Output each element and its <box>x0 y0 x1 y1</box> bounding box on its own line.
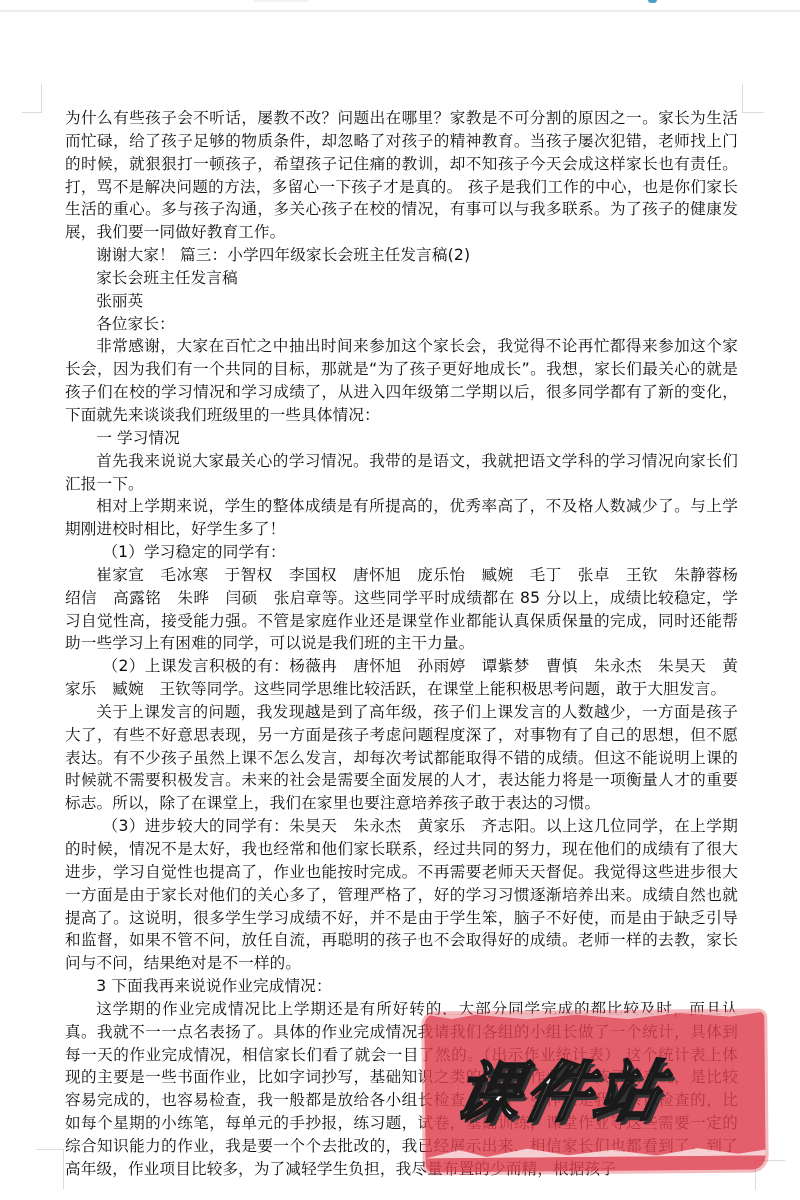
margin-corner-mark-bottom-left <box>63 1149 64 1189</box>
margin-corner-mark-top-right-h <box>742 112 764 113</box>
watermark-stamp: 课件站 <box>424 1012 765 1173</box>
status-dot-icon <box>648 0 657 3</box>
paragraph: 相对上学期来说，学生的整体成绩是有所提高的，优秀率高了，不及格人数减少了。与上学… <box>65 495 738 541</box>
tab-stub <box>253 0 308 2</box>
author-name: 张丽英 <box>65 290 738 313</box>
paragraph: 关于上课发言的问题，我发现越是到了高年级，孩子们上课发言的人数越少，一方面是孩子… <box>65 701 738 815</box>
watermark-logo-text: 课件站 <box>447 1054 752 1132</box>
section-heading: 3 下面我再来说说作业完成情况： <box>65 975 738 998</box>
list-heading: （1）学习稳定的同学有： <box>65 541 738 564</box>
margin-corner-mark-bottom-left-h <box>36 1149 63 1150</box>
margin-corner-mark-top-right <box>742 84 743 112</box>
stamp-texture <box>424 1012 764 1023</box>
section-heading: 一 学习情况 <box>65 427 738 450</box>
paragraph: 首先我来说说大家最关心的学习情况。我带的是语文，我就把语文学科的学习情况向家长们… <box>65 450 738 496</box>
margin-corner-mark-top-left <box>41 84 42 113</box>
paragraph: 崔家宣 毛冰寒 于智权 李国权 唐怀旭 庞乐怡 臧婉 毛丁 张卓 王钦 朱静蓉杨… <box>65 564 738 655</box>
doc-subtitle: 家长会班主任发言稿 <box>65 267 738 290</box>
salutation: 各位家长： <box>65 313 738 336</box>
paragraph: 非常感谢，大家在百忙之中抽出时间来参加这个家长会，我觉得不论再忙都得来参加这个家… <box>65 335 738 426</box>
top-toolbar-edge <box>0 0 800 12</box>
paragraph: （2）上课发言积极的有：杨薇冉 唐怀旭 孙雨婷 谭紫梦 曹慎 朱永杰 朱昊天 黄… <box>65 655 738 701</box>
paragraph: （3）进步较大的同学有：朱昊天 朱永杰 黄家乐 齐志阳。以上这几位同学，在上学期… <box>65 815 738 975</box>
paragraph: 为什么有些孩子会不听话，屡教不改？问题出在哪里？家教是不可分割的原因之一。家长为… <box>65 107 738 244</box>
stamp-texture <box>425 1146 765 1159</box>
margin-corner-mark-top-left-h <box>22 112 42 113</box>
paragraph: 谢谢大家！ 篇三：小学四年级家长会班主任发言稿(2) <box>65 244 738 267</box>
